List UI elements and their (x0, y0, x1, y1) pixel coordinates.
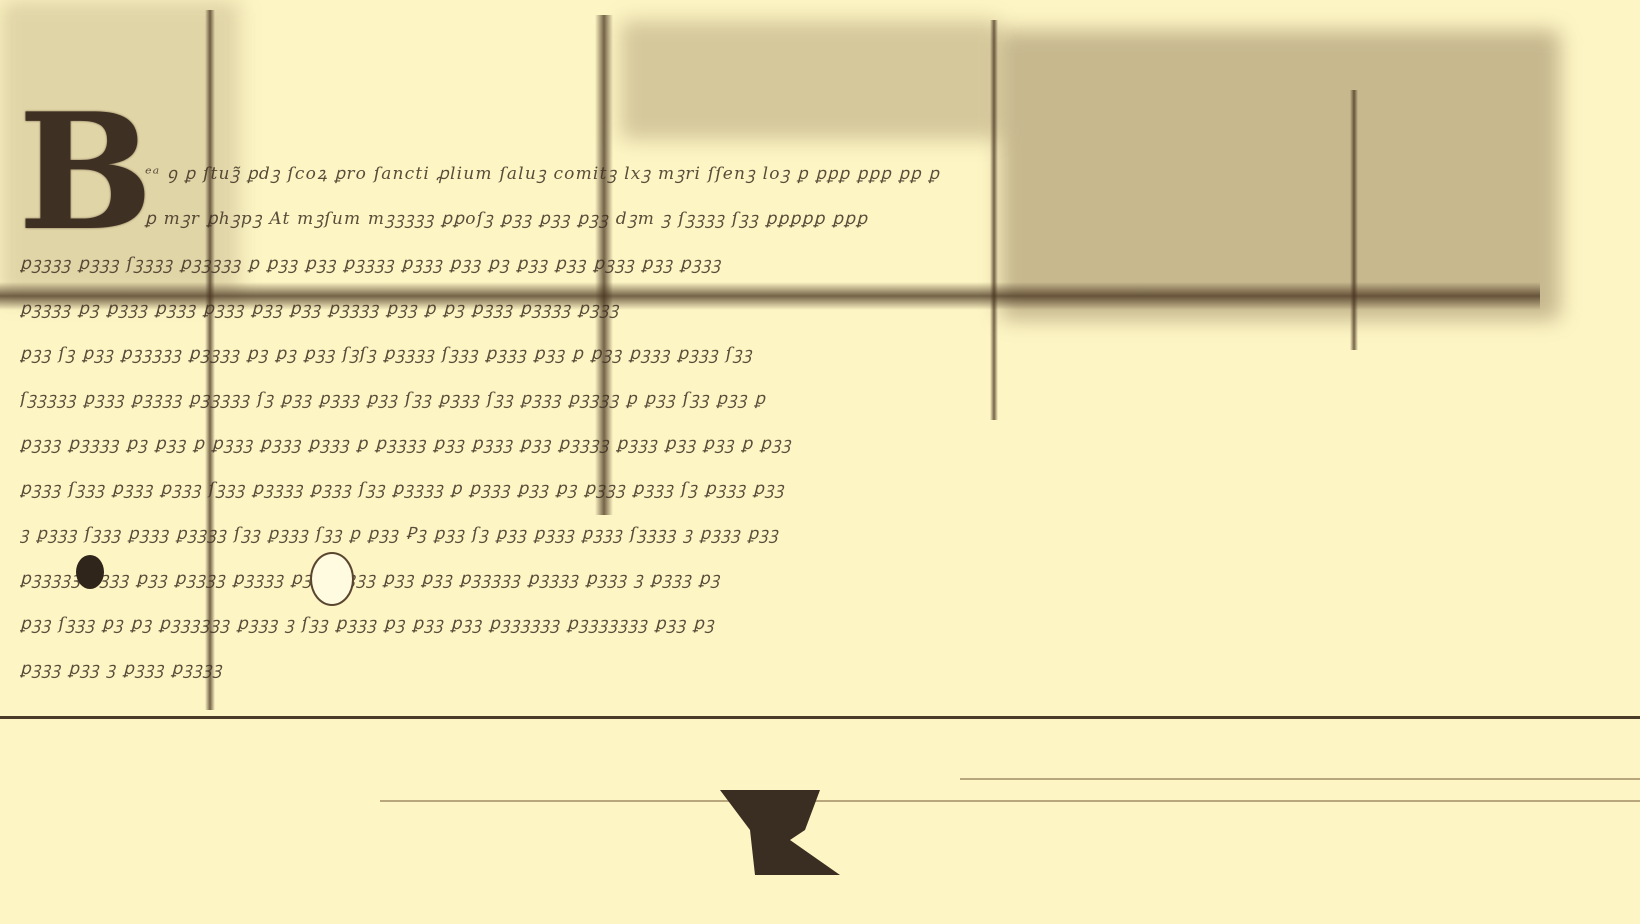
text-line: ꝫ ꝑꝫꝫꝫ ſꝫꝫꝫ ꝑꝫꝫꝫ ꝑꝫꝫꝫꝫ ſꝫꝫ ꝑꝫꝫꝫ ſꝫꝫ ꝑ ꝑꝫ… (20, 512, 1600, 557)
bottom-fold-line (0, 716, 1640, 719)
text-line: ꝑꝫꝫ ſꝫ ꝑꝫꝫ ꝑꝫꝫꝫꝫꝫ ꝑꝫꝫꝫꝫ ꝑꝫ ꝑꝫ ꝑꝫꝫ ſꝫſꝫ ꝑ… (20, 332, 1600, 377)
parchment-hole (310, 552, 354, 606)
text-line: ſꝫꝫꝫꝫꝫ ꝑꝫꝫꝫ ꝑꝫꝫꝫꝫ ꝑꝫꝫꝫꝫꝫ ſꝫ ꝑꝫꝫ ꝑꝫꝫꝫ ꝑꝫꝫ… (20, 377, 1600, 422)
text-line: ᵉᵃ ꝯ ꝑ ſtuꝫ̃ ꝑdꝫ ſcoꝝ ꝑro ſancti ꝓlium ſ… (20, 152, 1600, 197)
manuscript-page: B ᵉᵃ ꝯ ꝑ ſtuꝫ̃ ꝑdꝫ ſcoꝝ ꝑro ſancti ꝓlium… (0, 0, 1640, 924)
text-line: ꝑꝫꝫꝫ ꝑꝫꝫꝫꝫ ꝑꝫ ꝑꝫꝫ ꝑ ꝑꝫꝫꝫ ꝑꝫꝫꝫ ꝑꝫꝫꝫ ꝑ ꝑꝫꝫ… (20, 422, 1600, 467)
lower-fold-line-2 (960, 778, 1640, 780)
text-line: ꝑꝫꝫꝫꝫ ꝑꝫꝫꝫ ſꝫꝫꝫꝫ ꝑꝫꝫꝫꝫꝫ ꝑ ꝑꝫꝫ ꝑꝫꝫ ꝑꝫꝫꝫꝫ … (20, 242, 1600, 287)
seal-tag (720, 790, 840, 875)
lower-fold-line (380, 800, 1640, 802)
text-line: ꝑꝫꝫꝫꝫ ꝑꝫ ꝑꝫꝫꝫ ꝑꝫꝫꝫ ꝑꝫꝫꝫ ꝑꝫꝫ ꝑꝫꝫ ꝑꝫꝫꝫꝫ ꝑꝫ… (20, 287, 1600, 332)
stain-top-mid (620, 20, 1000, 140)
text-line: ꝑꝫꝫ ſꝫꝫꝫ ꝑꝫ ꝑꝫ ꝑꝫꝫꝫꝫꝫꝫ ꝑꝫꝫꝫ ꝫ ſꝫꝫ ꝑꝫꝫꝫ ꝑ… (20, 602, 1600, 647)
text-line: ꝑꝫꝫꝫ ſꝫꝫꝫ ꝑꝫꝫꝫ ꝑꝫꝫꝫ ſꝫꝫꝫ ꝑꝫꝫꝫꝫ ꝑꝫꝫꝫ ſꝫꝫ … (20, 467, 1600, 512)
ink-blot (76, 555, 104, 589)
charter-text: ᵉᵃ ꝯ ꝑ ſtuꝫ̃ ꝑdꝫ ſcoꝝ ꝑro ſancti ꝓlium ſ… (20, 152, 1600, 692)
text-line: ꝑꝫꝫꝫ ꝑꝫꝫ ꝫ ꝑꝫꝫꝫ ꝑꝫꝫꝫꝫ (20, 647, 1600, 692)
text-line: ꝑꝫꝫꝫꝫꝫ ꝑꝫꝫꝫ ꝑꝫꝫ ꝑꝫꝫꝫꝫ ꝑꝫꝫꝫꝫ ꝑꝫꝫꝫ ſꝫꝫꝫ ꝑꝫ… (20, 557, 1600, 602)
text-line: ꝑ mꝫr ꝑhꝫpꝫ At mꝫſum mꝫꝫꝫꝫꝫ ꝑꝑoſꝫ ꝑꝫꝫ ꝑꝫ… (20, 197, 1600, 242)
